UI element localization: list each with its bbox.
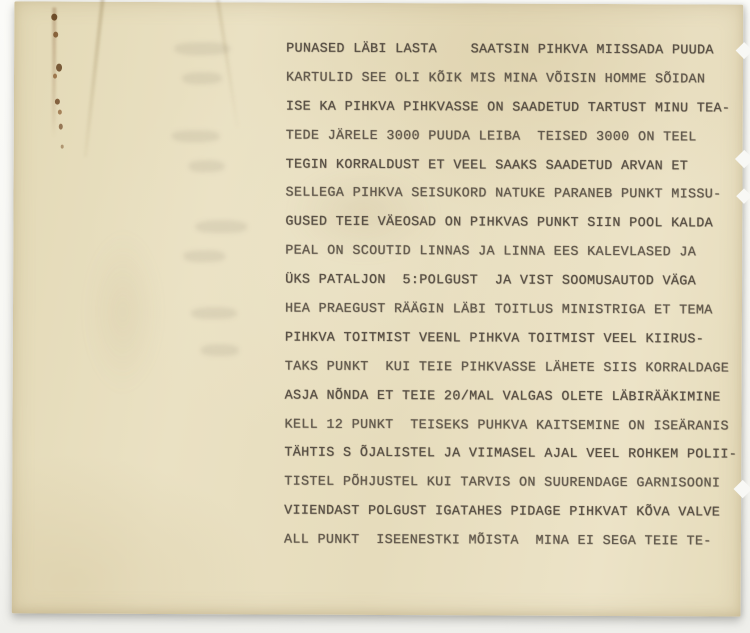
ink-ghost [189, 160, 225, 172]
ink-ghost [182, 72, 222, 84]
text-line: ASJA NÕNDA ET TEIE 20/MAL VALGAS OLETE L… [285, 388, 750, 419]
ink-ghost [183, 250, 225, 262]
scan-background: PUNASED LÄBI LASTA SAATSIN PIHKVA MIISSA… [0, 0, 750, 633]
text-line: TEGIN KORRALDUST ET VEEL SAAKS SAADETUD … [286, 157, 750, 188]
text-line: ISE KA PIHKVA PIHKVASSE ON SAADETUD TART… [286, 99, 750, 130]
rust-stain [53, 32, 58, 38]
rust-stain [55, 99, 60, 105]
text-line: ALL PUNKT ISEENESTKI MÕISTA MINA EI SEGA… [284, 533, 750, 564]
text-line: PIHKVA TOITMIST VEENL PIHKVA TOITMIST VE… [285, 331, 750, 362]
text-line: TAKS PUNKT KUI TEIE PIHKVASSE LÄHETE SII… [285, 359, 750, 390]
text-line: PEAL ON SCOUTID LINNAS JA LINNA EES KALE… [285, 244, 750, 275]
text-line: VIIENDAST POLGUST IGATAHES PIDAGE PIHKVA… [284, 504, 750, 535]
text-line: PUNASED LÄBI LASTA SAATSIN PIHKVA MIISSA… [286, 42, 750, 73]
rust-stain [51, 14, 57, 21]
paper-crease [83, 0, 104, 158]
rust-stain [61, 145, 64, 149]
ink-ghost [172, 130, 220, 142]
rust-stain [58, 110, 62, 115]
text-line: SELLEGA PIHKVA SEISUKORD NATUKE PARANEB … [285, 186, 750, 217]
ink-ghost [174, 42, 230, 55]
ink-ghost [201, 344, 239, 356]
text-line: ÜKS PATALJON 5:POLGUST JA VIST SOOMUSAUT… [285, 273, 750, 304]
text-line: GUSED TEIE VÄEOSAD ON PIHKVAS PUNKT SIIN… [285, 215, 750, 246]
paper-sheet: PUNASED LÄBI LASTA SAATSIN PIHKVA MIISSA… [12, 1, 744, 616]
rust-stain [59, 124, 63, 130]
text-line: TISTEL PÕHJUSTEL KUI TARVIS ON SUURENDAG… [284, 475, 750, 506]
text-line: KARTULID SEE OLI KÕIK MIS MINA VÕISIN HO… [286, 70, 750, 101]
rust-streak [52, 8, 57, 138]
rust-stain [53, 74, 57, 79]
text-line: HEA PRAEGUST RÄÄGIN LÄBI TOITLUS MINISTR… [285, 302, 750, 333]
text-line: TÄHTIS S ÕJALISTEL JA VIIMASEL AJAL VEEL… [284, 446, 750, 477]
text-line: TEDE JÄRELE 3000 PUUDA LEIBA TEISED 3000… [286, 128, 750, 159]
text-line: KELL 12 PUNKT TEISEKS PUHKVA KAITSEMINE … [284, 417, 750, 448]
ink-ghost [191, 307, 237, 319]
paper-crease [52, 182, 193, 443]
typewritten-text: PUNASED LÄBI LASTA SAATSIN PIHKVA MIISSA… [284, 42, 750, 564]
paper-crease [216, 0, 239, 128]
rust-stain [56, 64, 62, 72]
ink-ghost [195, 220, 247, 233]
